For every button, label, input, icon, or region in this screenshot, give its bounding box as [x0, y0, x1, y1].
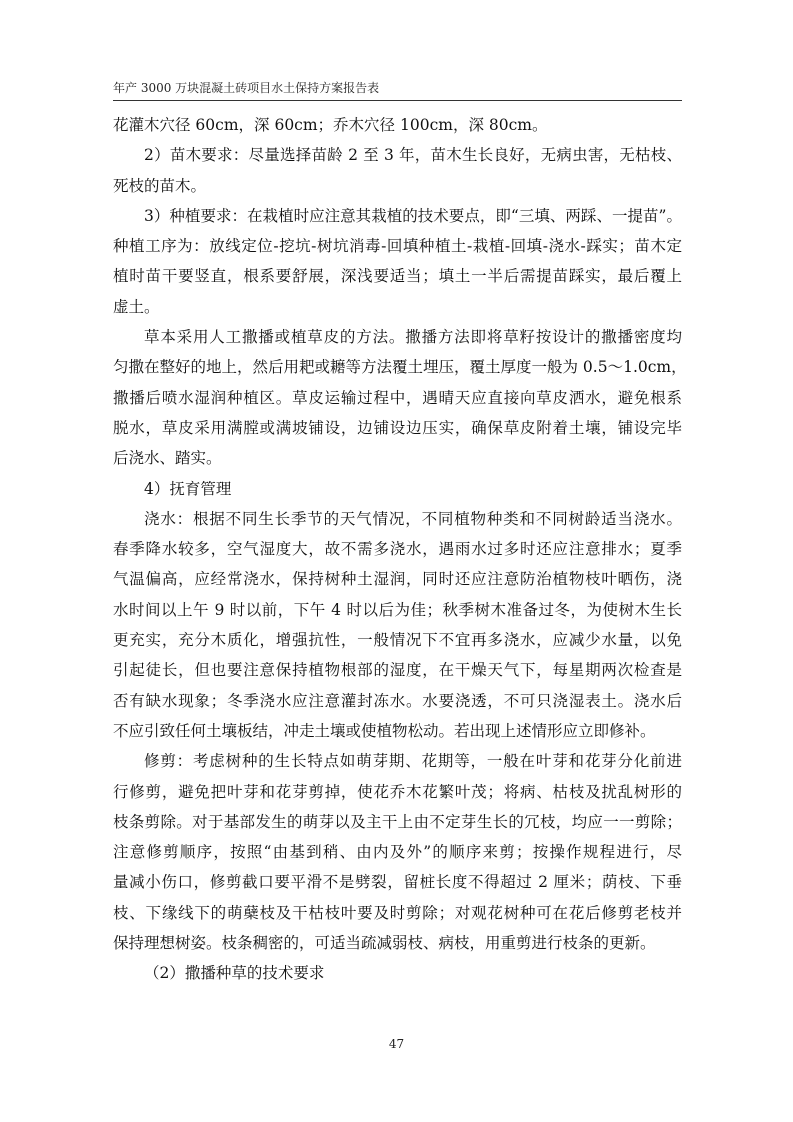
page-header: 年产 3000 万块混凝土砖项目水土保持方案报告表	[113, 80, 682, 101]
text-line: 脱水，草皮采用满膛或满坡铺设，边铺设边压实，确保草皮附着土壤，铺设完毕	[113, 413, 682, 443]
text-line: 否有缺水现象；冬季浇水应注意灌封冻水。水要浇透，不可只浇湿表土。浇水后	[113, 686, 682, 716]
text-line: 注意修剪顺序，按照“由基到稍、由内及外”的顺序来剪；按操作规程进行，尽	[113, 837, 682, 867]
text-line: 不应引致任何土壤板结，冲走土壤或使植物松动。若出现上述情形应立即修补。	[113, 716, 682, 746]
text-line: 更充实，充分木质化，增强抗性，一般情况下不宜再多浇水，应减少水量，以免	[113, 625, 682, 655]
text-line: 量减小伤口，修剪截口要平滑不是劈裂，留桩长度不得超过 2 厘米；荫枝、下垂	[113, 867, 682, 897]
text-line: 花灌木穴径 60cm，深 60cm；乔木穴径 100cm，深 80cm。	[113, 110, 682, 140]
text-line: （2）撒播种草的技术要求	[113, 958, 682, 988]
page-number: 47	[0, 1037, 793, 1051]
body-text: 花灌木穴径 60cm，深 60cm；乔木穴径 100cm，深 80cm。2）苗木…	[113, 110, 682, 989]
text-line: 死枝的苗木。	[113, 171, 682, 201]
text-line: 匀撒在整好的地上，然后用耙或耱等方法覆土埋压，覆土厚度一般为 0.5～1.0cm…	[113, 352, 682, 382]
text-line: 春季降水较多，空气湿度大，故不需多浇水，遇雨水过多时还应注意排水；夏季	[113, 534, 682, 564]
text-line: 4）抚育管理	[113, 474, 682, 504]
header-title: 年产 3000 万块混凝土砖项目水土保持方案报告表	[113, 80, 682, 96]
text-line: 浇水：根据不同生长季节的天气情况，不同植物种类和不同树龄适当浇水。	[113, 504, 682, 534]
text-line: 枝条剪除。对于基部发生的萌芽以及主干上由不定芽生长的冗枝，均应一一剪除；	[113, 807, 682, 837]
text-line: 行修剪，避免把叶芽和花芽剪掉，使花乔木花繁叶茂；将病、枯枝及扰乱树形的	[113, 777, 682, 807]
text-line: 气温偏高，应经常浇水，保持树种土湿润，同时还应注意防治植物枝叶晒伤，浇	[113, 564, 682, 594]
text-line: 水时间以上午 9 时以前，下午 4 时以后为佳；秋季树木准备过冬，为使树木生长	[113, 595, 682, 625]
text-line: 种植工序为：放线定位-挖坑-树坑消毒-回填种植土-栽植-回填-浇水-踩实；苗木定	[113, 231, 682, 261]
text-line: 引起徒长，但也要注意保持植物根部的湿度，在干燥天气下，每星期两次检查是	[113, 655, 682, 685]
text-line: 3）种植要求：在栽植时应注意其栽植的技术要点，即“三填、两踩、一提苗”。	[113, 201, 682, 231]
text-line: 枝、下缘线下的萌蘖枝及干枯枝叶要及时剪除；对观花树种可在花后修剪老枝并	[113, 898, 682, 928]
text-line: 后浇水、踏实。	[113, 443, 682, 473]
text-line: 2）苗木要求：尽量选择苗龄 2 至 3 年，苗木生长良好，无病虫害，无枯枝、	[113, 140, 682, 170]
text-line: 虚土。	[113, 292, 682, 322]
text-line: 草本采用人工撒播或植草皮的方法。撒播方法即将草籽按设计的撒播密度均	[113, 322, 682, 352]
text-line: 撒播后喷水湿润种植区。草皮运输过程中，遇晴天应直接向草皮洒水，避免根系	[113, 383, 682, 413]
text-line: 植时苗干要竖直，根系要舒展，深浅要适当；填土一半后需提苗踩实，最后覆上	[113, 261, 682, 291]
text-line: 保持理想树姿。枝条稠密的，可适当疏减弱枝、病枝，用重剪进行枝条的更新。	[113, 928, 682, 958]
text-line: 修剪：考虑树种的生长特点如萌芽期、花期等，一般在叶芽和花芽分化前进	[113, 746, 682, 776]
